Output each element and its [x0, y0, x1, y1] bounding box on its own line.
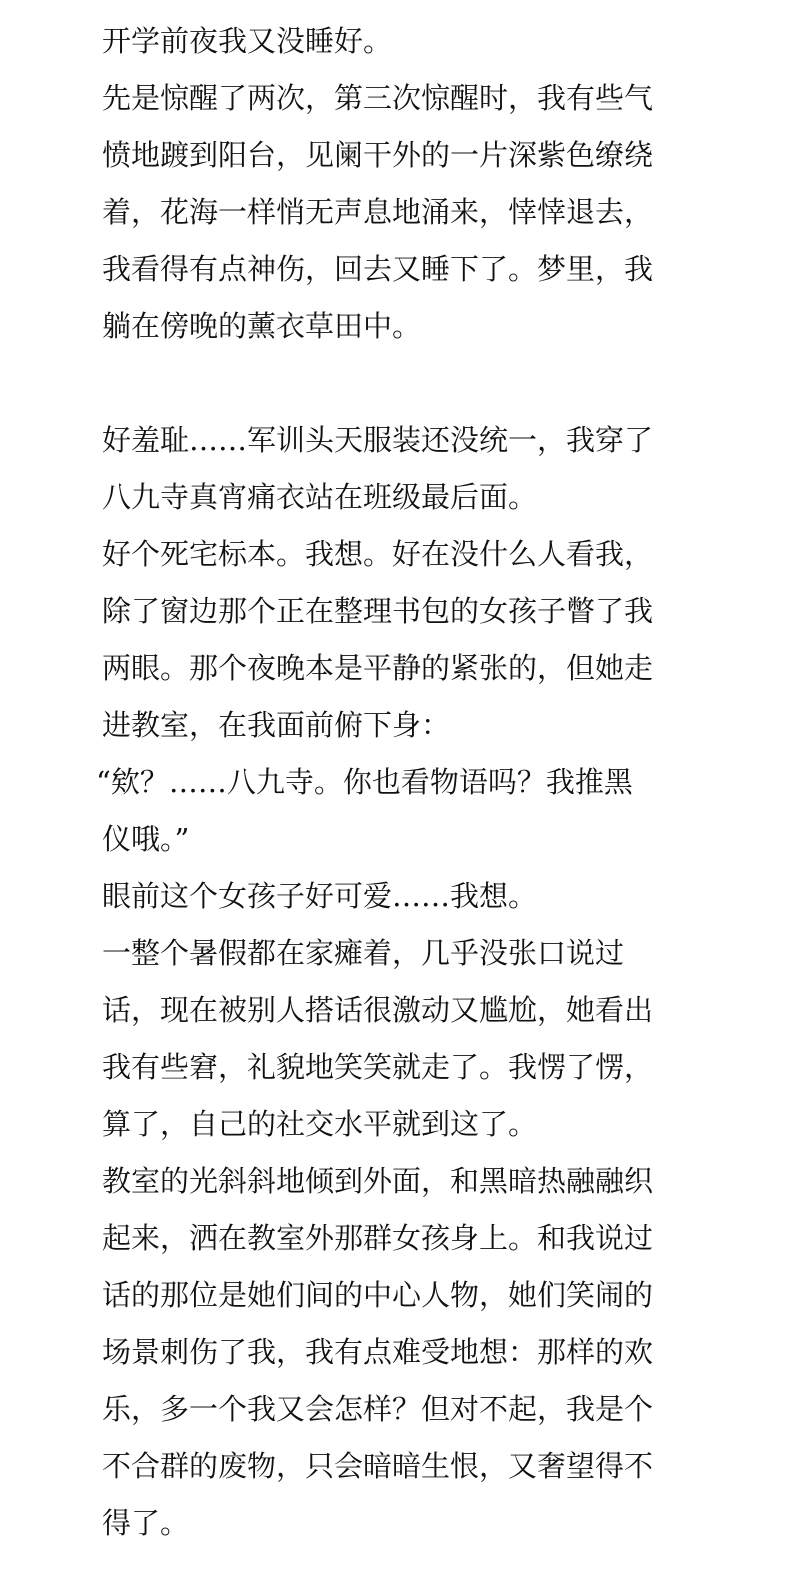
paragraph-military-training: 好羞耻……军训头天服装还没统一，我穿了 八九寺真宵痛衣站在班级最后面。	[102, 412, 702, 526]
text-line: “欸？……八九寺。你也看物语吗？我推黑	[96, 754, 702, 811]
text-line: 愤地踱到阳台，见阑干外的一片深紫色缭绕	[102, 127, 702, 184]
text-line: 教室的光斜斜地倾到外面，和黑暗热融融织	[102, 1153, 702, 1210]
text-line: 算了，自己的社交水平就到这了。	[102, 1096, 702, 1153]
text-line: 好个死宅标本。我想。好在没什么人看我，	[102, 526, 702, 583]
paragraph-opening: 开学前夜我又没睡好。	[102, 13, 702, 70]
text-line: 两眼。那个夜晚本是平静的紧张的，但她走	[102, 640, 702, 697]
text-line: 除了窗边那个正在整理书包的女孩子瞥了我	[102, 583, 702, 640]
paragraph-otaku: 好个死宅标本。我想。好在没什么人看我， 除了窗边那个正在整理书包的女孩子瞥了我 …	[102, 526, 702, 754]
paragraph-summer: 一整个暑假都在家瘫着，几乎没张口说过 话，现在被别人搭话很激动又尴尬，她看出 我…	[102, 925, 702, 1153]
text-line: 开学前夜我又没睡好。	[102, 13, 702, 70]
text-line: 眼前这个女孩子好可爱……我想。	[102, 868, 702, 925]
paragraph-spacer	[102, 355, 702, 412]
text-line: 进教室，在我面前俯下身：	[102, 697, 702, 754]
text-line: 话，现在被别人搭话很激动又尴尬，她看出	[102, 982, 702, 1039]
text-line: 八九寺真宵痛衣站在班级最后面。	[102, 469, 702, 526]
text-line: 场景刺伤了我，我有点难受地想：那样的欢	[102, 1324, 702, 1381]
paragraph-dialogue: “欸？……八九寺。你也看物语吗？我推黑 仪哦。”	[102, 754, 702, 868]
text-line: 起来，洒在教室外那群女孩身上。和我说过	[102, 1210, 702, 1267]
paragraph-dream: 先是惊醒了两次，第三次惊醒时，我有些气 愤地踱到阳台，见阑干外的一片深紫色缭绕 …	[102, 70, 702, 355]
paragraph-cute: 眼前这个女孩子好可爱……我想。	[102, 868, 702, 925]
text-line: 一整个暑假都在家瘫着，几乎没张口说过	[102, 925, 702, 982]
text-line: 着，花海一样悄无声息地涌来，悻悻退去，	[102, 184, 702, 241]
text-line: 躺在傍晚的薰衣草田中。	[102, 298, 702, 355]
text-line: 先是惊醒了两次，第三次惊醒时，我有些气	[102, 70, 702, 127]
text-line: 乐，多一个我又会怎样？但对不起，我是个	[102, 1381, 702, 1438]
text-line: 我有些窘，礼貌地笑笑就走了。我愣了愣，	[102, 1039, 702, 1096]
text-line: 好羞耻……军训头天服装还没统一，我穿了	[102, 412, 702, 469]
text-line: 仪哦。”	[102, 811, 702, 868]
text-line: 不合群的废物，只会暗暗生恨，又奢望得不	[102, 1438, 702, 1495]
text-line: 得了。	[102, 1495, 702, 1552]
paragraph-classroom-light: 教室的光斜斜地倾到外面，和黑暗热融融织 起来，洒在教室外那群女孩身上。和我说过 …	[102, 1153, 702, 1552]
text-line: 我看得有点神伤，回去又睡下了。梦里，我	[102, 241, 702, 298]
text-line: 话的那位是她们间的中心人物，她们笑闹的	[102, 1267, 702, 1324]
document-page: 开学前夜我又没睡好。 先是惊醒了两次，第三次惊醒时，我有些气 愤地踱到阳台，见阑…	[102, 13, 702, 1552]
